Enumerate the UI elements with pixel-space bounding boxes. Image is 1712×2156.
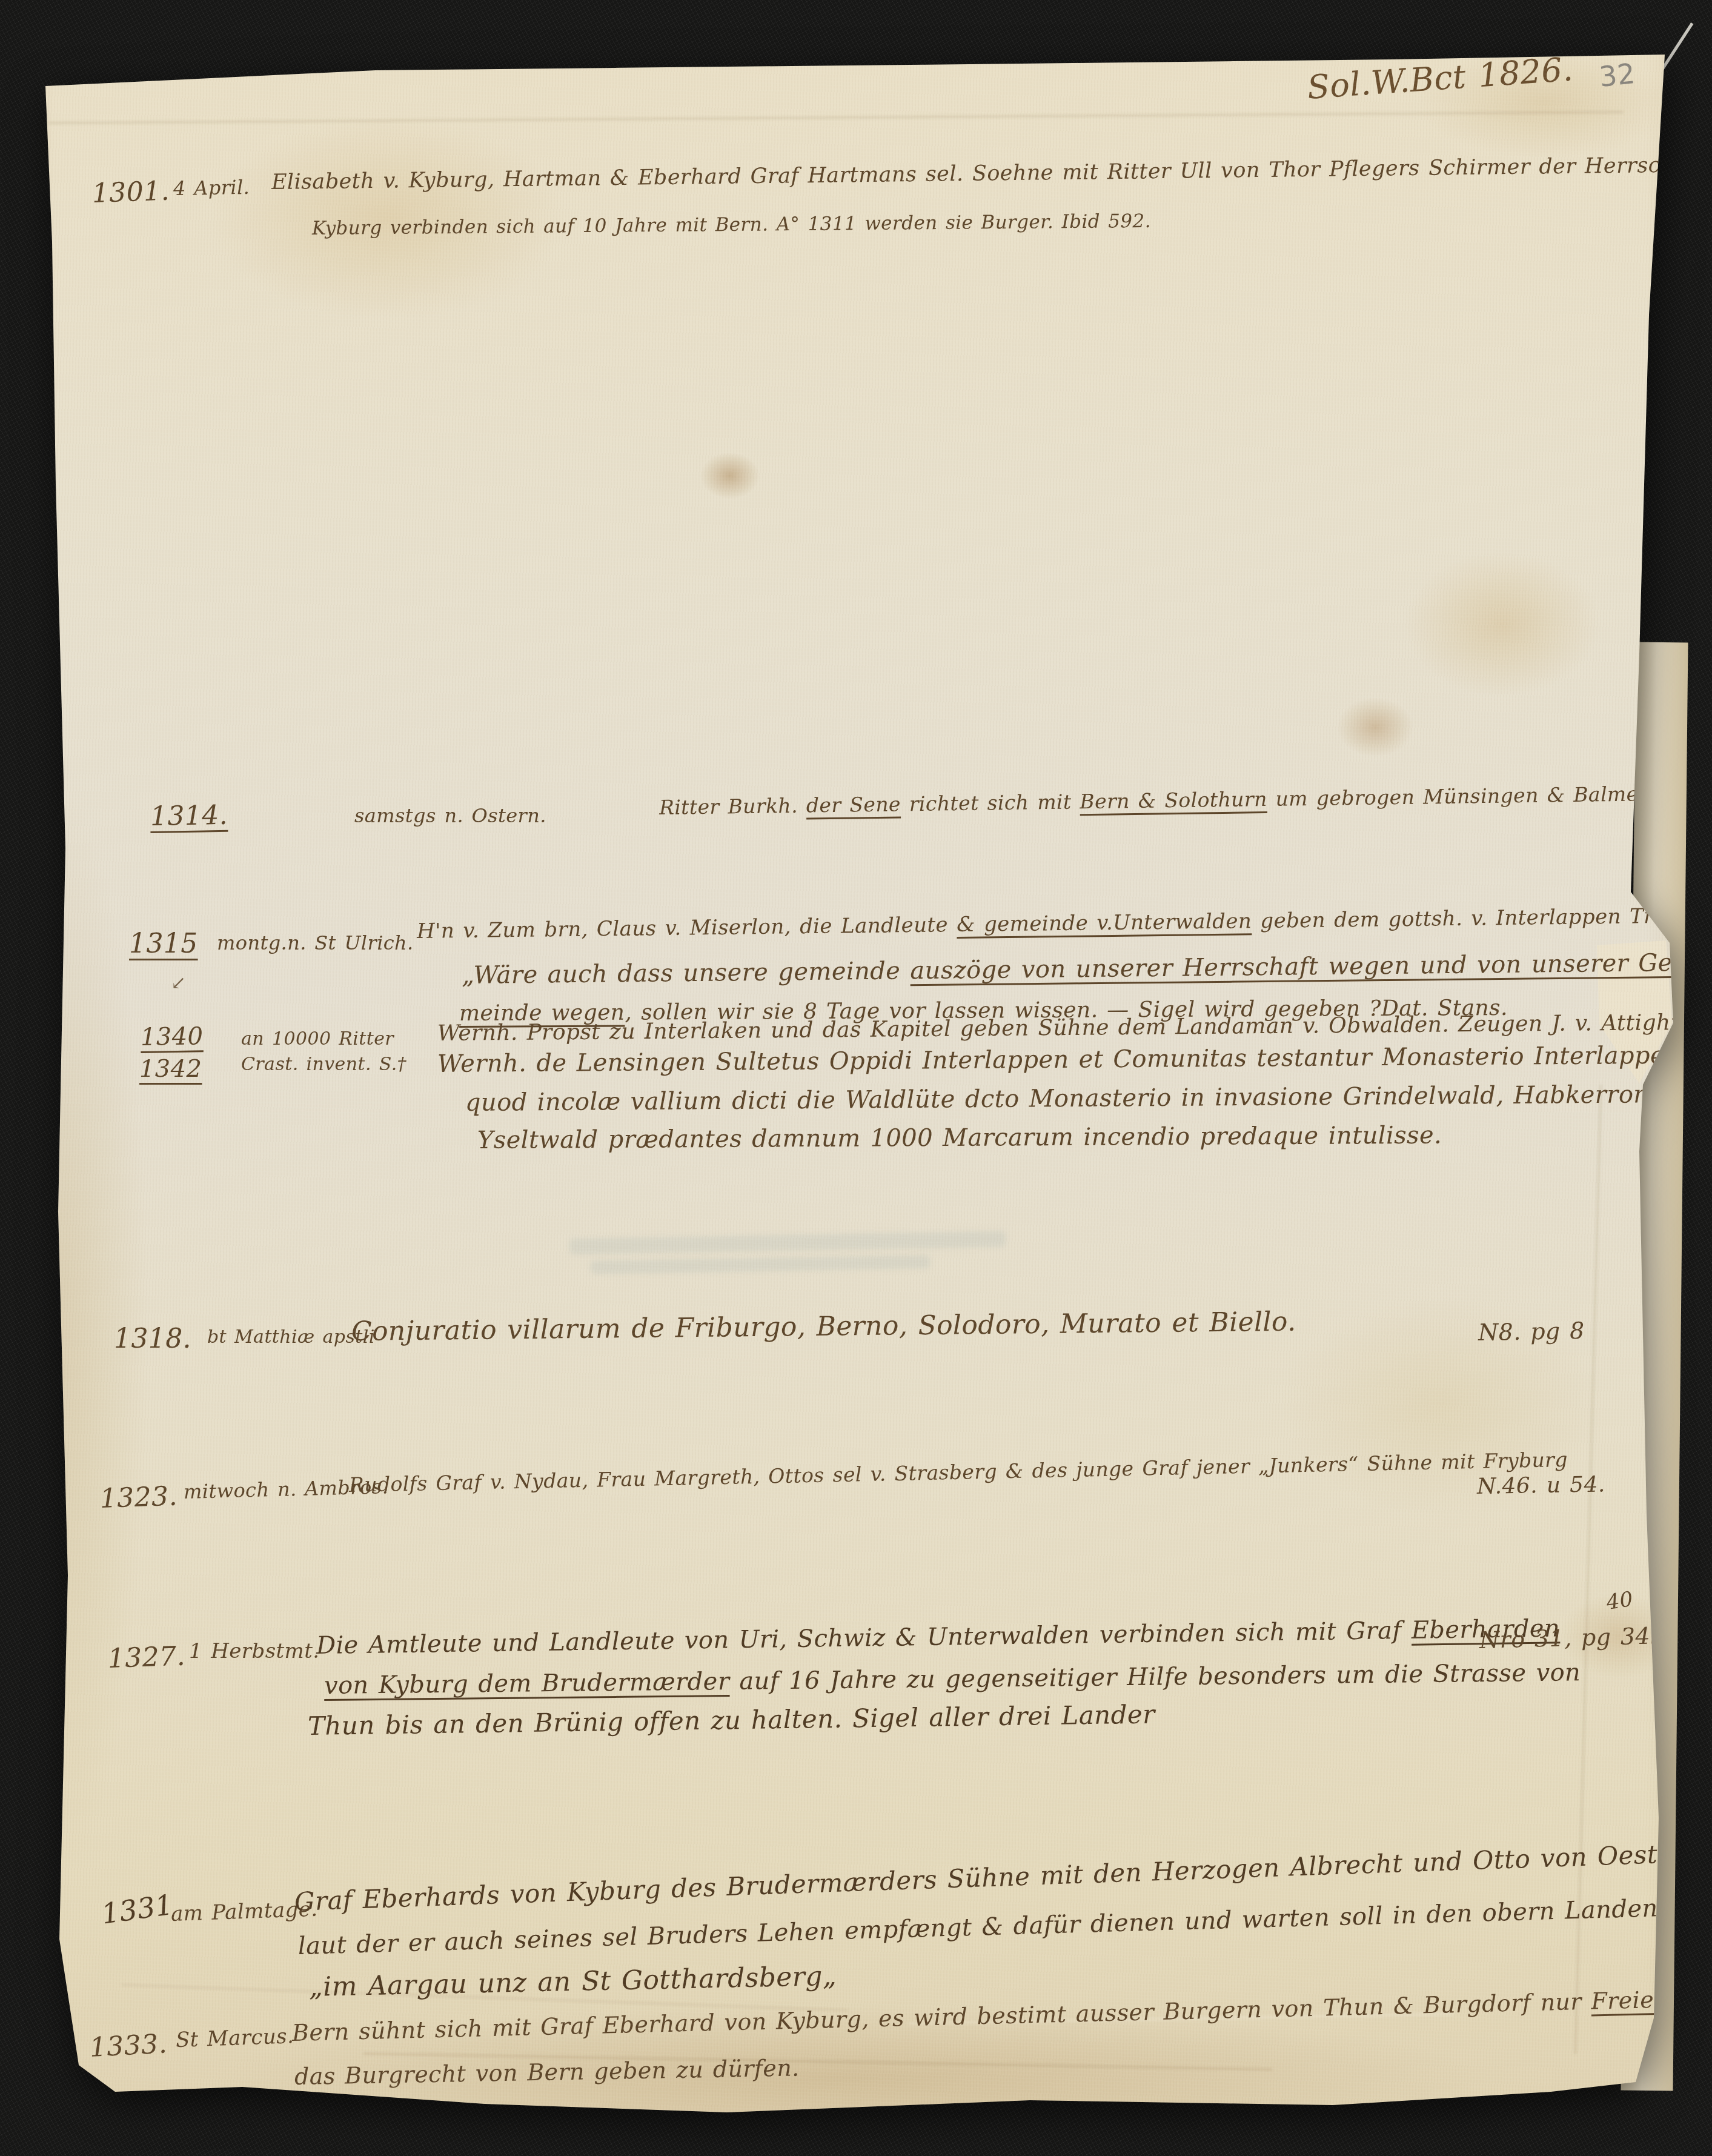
- entry-1327-date: 1 Herbstmt.: [189, 1641, 319, 1662]
- entry-1342-date: Crast. invent. S.†: [241, 1056, 406, 1074]
- underlined-phrase: auszöge von unserer Herrschaft wegen und…: [910, 949, 1685, 985]
- entry-1301-date: 4 April.: [173, 178, 250, 198]
- entry-1314-date: samstgs n. Ostern.: [354, 806, 546, 825]
- text-segment: auf 16 Jahre zu gegenseitiger Hilfe beso…: [729, 1659, 1581, 1695]
- entry-1315-pen-mark: ↙: [171, 974, 187, 993]
- entry-1327-reference: Nro 31, pg 349.: [1479, 1624, 1673, 1652]
- ink-show-through-2: [591, 1255, 930, 1274]
- entry-1301-line-1: Elisabeth v. Kyburg, Hartman & Eberhard …: [271, 153, 1712, 193]
- underlined-phrase: & gemeinde v.Unterwalden: [957, 909, 1252, 937]
- entry-1318-year: 1318.: [114, 1326, 191, 1352]
- manuscript-page-wrap: Sol.W.Bct 1826. 32 1301. 4 April. Elisab…: [0, 0, 1712, 2156]
- folio-number: 32: [1598, 59, 1637, 91]
- underlined-phrase: Bern & Solothurn: [1080, 787, 1267, 813]
- entry-1315-line-1: H'n v. Zum brn, Claus v. Miserlon, die L…: [417, 904, 1712, 942]
- entry-1327-line-1: Die Amtleute und Landleute von Uri, Schw…: [316, 1616, 1561, 1658]
- text-segment: um gebrogen Münsingen & Balmek. N2. pg 1…: [1267, 780, 1712, 811]
- entry-1323-reference: N.46. u 54.: [1477, 1474, 1605, 1498]
- entry-1342-line-3: Yseltwald prædantes damnum 1000 Marcarum…: [477, 1123, 1442, 1153]
- entry-1342-line-1: Wernh. de Lensingen Sultetus Oppidi Inte…: [437, 1043, 1712, 1076]
- text-segment: Ritter Burkh.: [659, 794, 806, 819]
- entry-1323-line-1: Rudolfs Graf v. Nydau, Frau Margreth, Ot…: [349, 1449, 1568, 1495]
- entry-1301-line-2: Kyburg verbinden sich auf 10 Jahre mit B…: [312, 212, 1151, 238]
- photo-of-manuscript: { "colors": {"ink": "#5c452a", "pencil":…: [0, 0, 1712, 2156]
- entry-1327-year: 1327.: [107, 1643, 185, 1672]
- entry-1327-reference-note: 40: [1605, 1589, 1634, 1613]
- text-segment: geben dem gottsh. v. Interlappen Trostun…: [1252, 902, 1712, 933]
- manuscript-page: Sol.W.Bct 1826. 32 1301. 4 April. Elisab…: [0, 0, 1712, 2156]
- entry-1314-year: 1314.: [150, 802, 228, 830]
- text-segment: H'n v. Zum brn, Claus v. Miserlon, die L…: [417, 913, 957, 943]
- underlined-phrase: der Sene: [806, 792, 901, 817]
- entry-1333-date: St Marcus.: [175, 2026, 294, 2051]
- entry-1342-year: 1342: [139, 1057, 202, 1081]
- entry-1331-year: 1331: [100, 1891, 175, 1928]
- archive-label: Sol.W.Bct 1826.: [1306, 53, 1574, 104]
- text-segment: richtet sich mit: [901, 790, 1080, 816]
- ink-show-through-1: [569, 1231, 1006, 1255]
- underlined-phrase: Freien: [1591, 1986, 1670, 2014]
- entry-1315-date: montg.n. St Ulrich.: [217, 933, 414, 953]
- underlined-phrase: von Kyburg dem Brudermærder: [324, 1668, 730, 1700]
- top-fold-crease: [48, 111, 1624, 124]
- entry-1340-date: an 10000 Ritter: [241, 1030, 394, 1048]
- entry-1301-year: 1301.: [91, 178, 170, 207]
- entry-1318-date: bt Matthiæ apstli: [207, 1328, 375, 1346]
- entry-1318-line-1: Conjuratio villarum de Friburgo, Berno, …: [351, 1309, 1296, 1345]
- entry-1314-line-1: Ritter Burkh. der Sene richtet sich mit …: [659, 782, 1712, 817]
- entry-1327-line-2: von Kyburg dem Brudermærder auf 16 Jahre…: [324, 1660, 1581, 1698]
- entry-1333-year: 1333.: [89, 2031, 168, 2061]
- entry-1315-line-2: „Wäre auch dass unsere gemeinde auszöge …: [462, 951, 1685, 988]
- entry-1331-line-3: „im Aargau unz an St Gotthardsberg„: [309, 1963, 837, 2001]
- entry-1318-reference: N8. pg 8: [1478, 1319, 1585, 1344]
- text-segment: N.33, pg. 374.: [1668, 1981, 1712, 2012]
- entry-1340-year: 1340: [141, 1024, 204, 1050]
- entry-1315-year: 1315: [129, 931, 198, 957]
- entry-1342-line-2: quod incolæ vallium dicti die Waldlüte d…: [465, 1082, 1684, 1115]
- text-segment: „Wäre auch dass unsere gemeinde: [462, 957, 911, 990]
- text-segment: Die Amtleute und Landleute von Uri, Schw…: [316, 1617, 1412, 1660]
- torn-edge-flap: [0, 0, 1712, 2156]
- entry-1323-year: 1323.: [99, 1483, 178, 1512]
- entry-1327-line-3: Thun bis an den Brünig offen zu halten. …: [308, 1702, 1155, 1739]
- entry-1333-line-2: das Burgrecht von Bern geben zu dürfen.: [294, 2056, 800, 2088]
